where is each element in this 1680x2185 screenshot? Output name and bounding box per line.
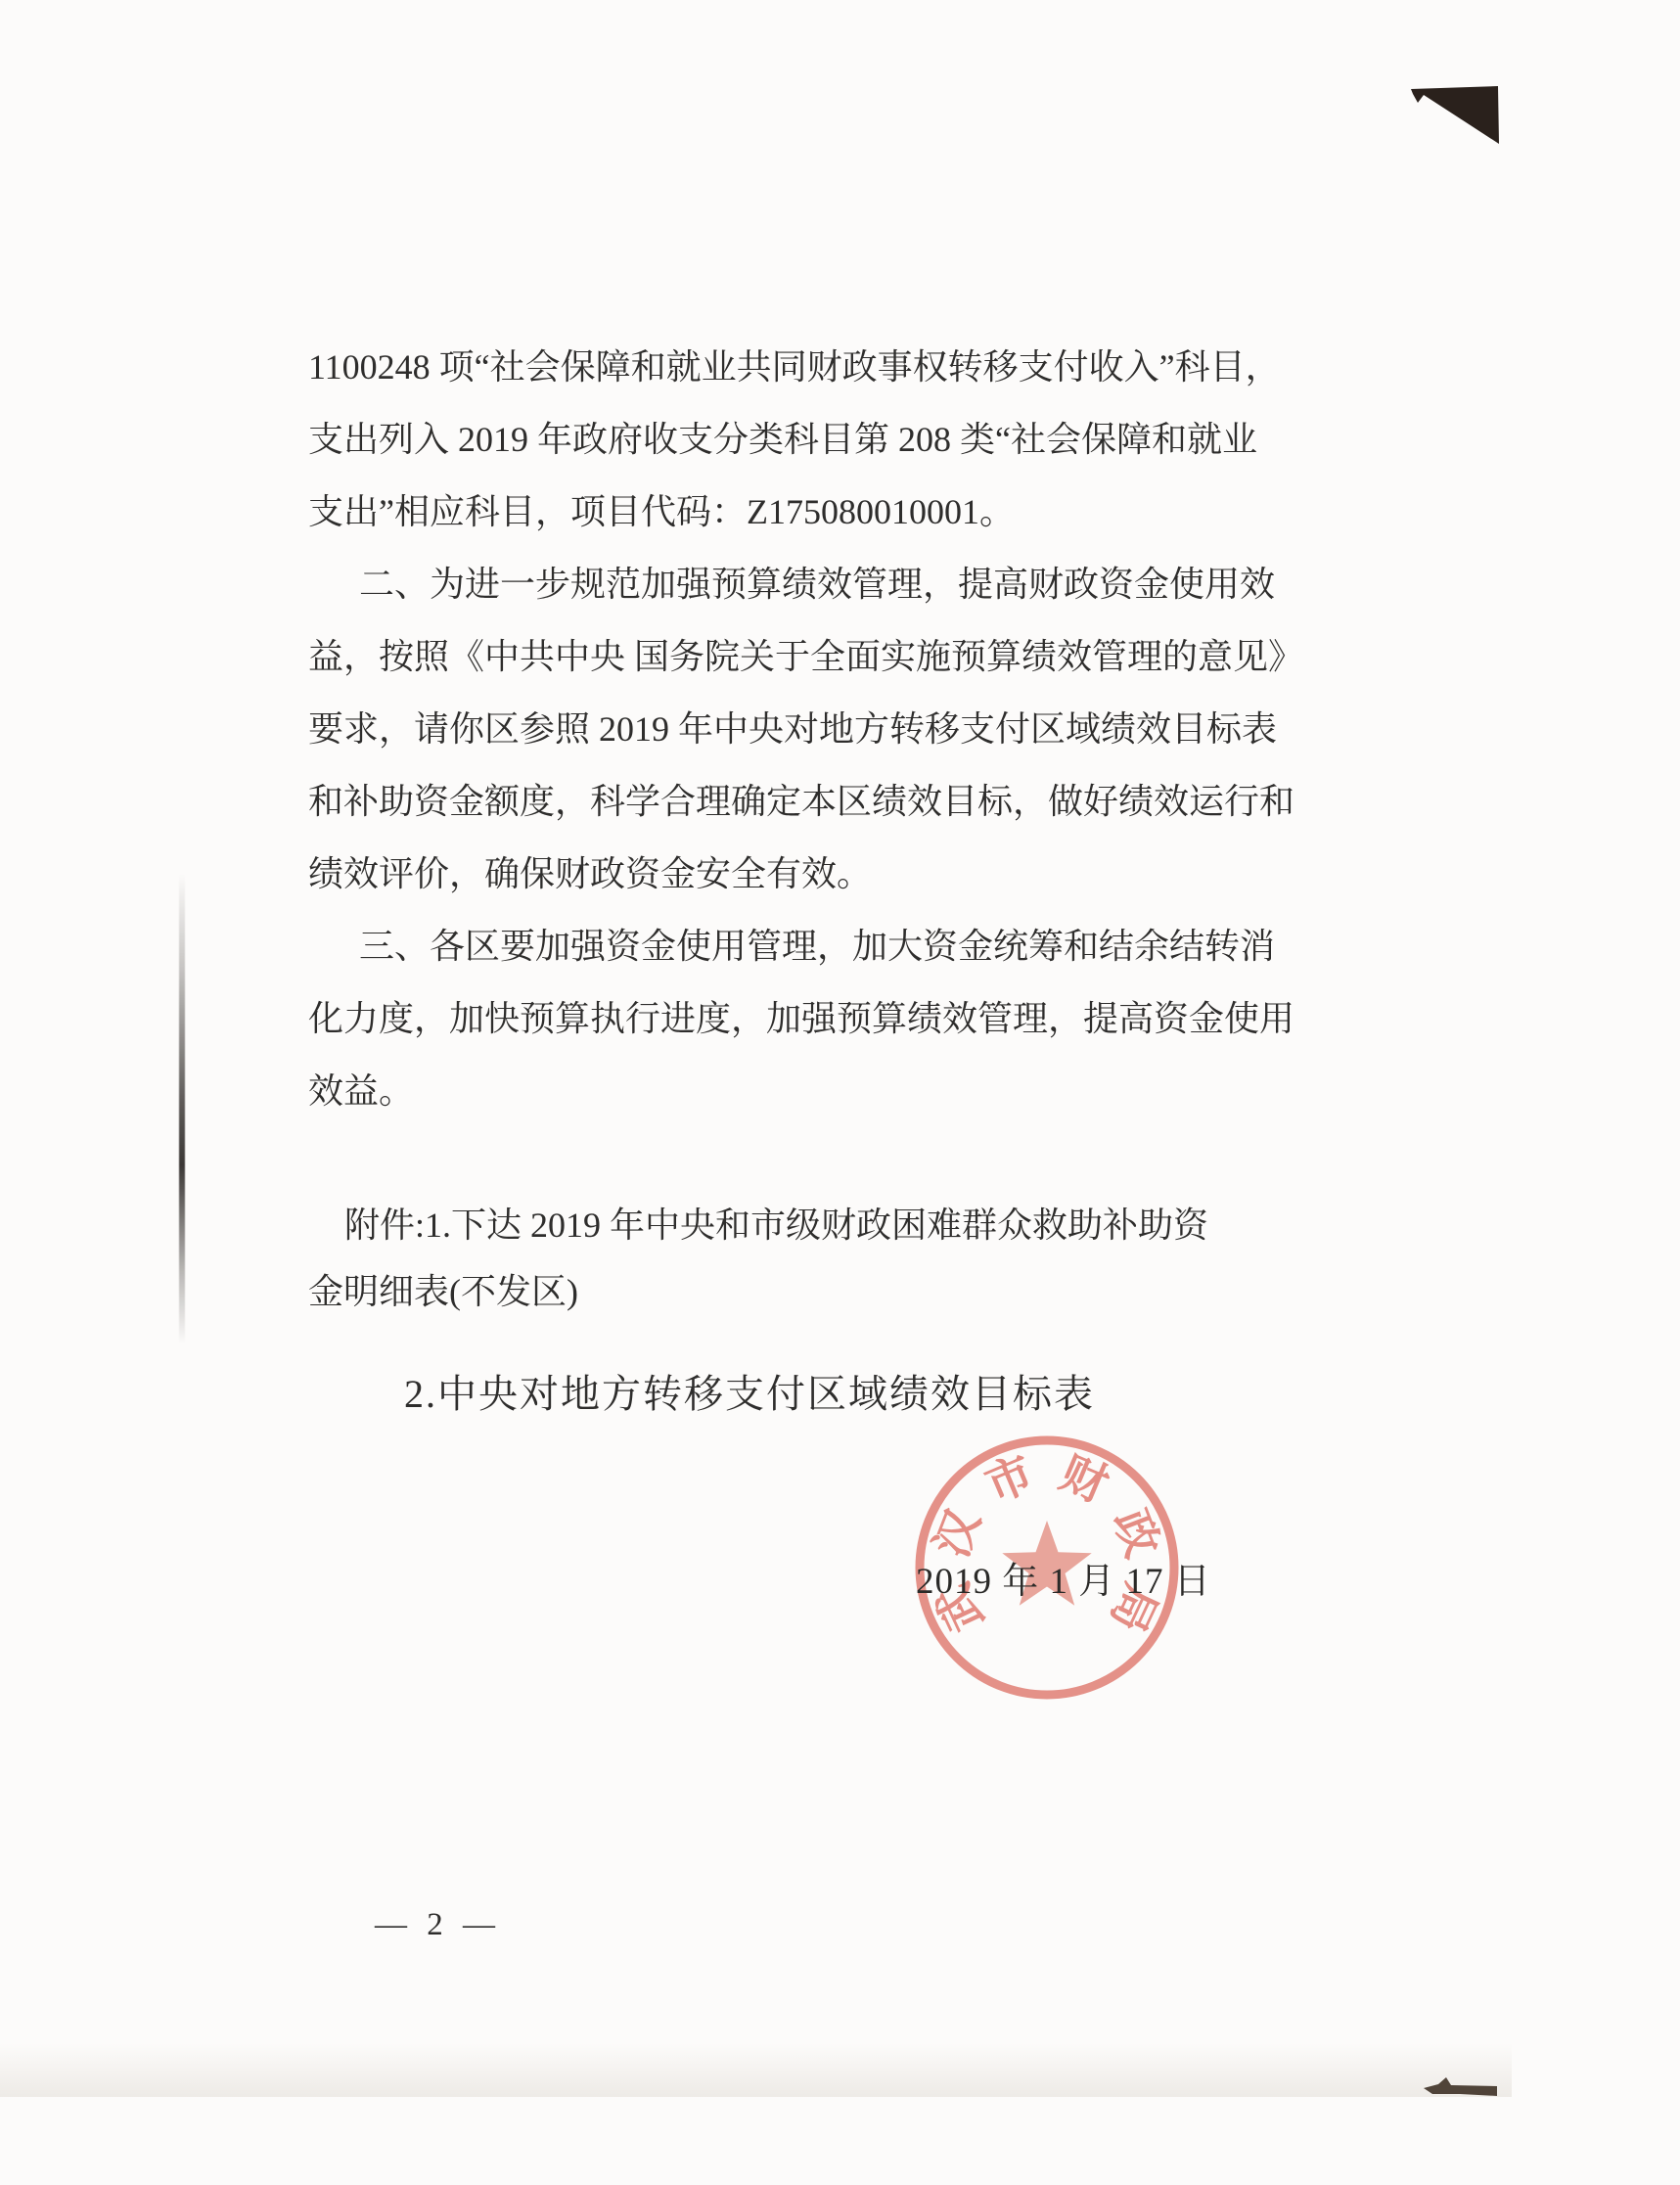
body-line: 三、各区要加强资金使用管理，加大资金统筹和结余结转消	[308, 910, 1303, 982]
attachment-line: 2.中央对地方转移支付区域绩效目标表	[404, 1358, 1095, 1431]
page-number: — 2 —	[375, 1889, 501, 1961]
attachment-line: 附件:1.下达 2019 年中央和市级财政困难群众救助补助资	[344, 1189, 1208, 1261]
body-line: 效益。	[308, 1055, 1303, 1127]
body-line: 化力度，加快预算执行进度，加强预算绩效管理，提高资金使用	[308, 982, 1303, 1055]
bottom-smudge-artifact	[1421, 2072, 1501, 2102]
body-line: 二、为进一步规范加强预算绩效管理，提高财政资金使用效	[308, 548, 1303, 620]
attachment-line: 金明细表(不发区)	[308, 1255, 578, 1328]
body-line: 绩效评价，确保财政资金安全有效。	[308, 838, 1303, 910]
body-line: 支出列入 2019 年政府收支分类科目第 208 类“社会保障和就业	[308, 403, 1303, 476]
bottom-edge-tone	[0, 2043, 1512, 2097]
body-line: 支出”相应科目，项目代码：Z175080010001。	[308, 476, 1303, 548]
body-line: 和补助资金额度，科学合理确定本区绩效目标，做好绩效运行和	[308, 765, 1303, 838]
corner-fold-artifact	[1404, 83, 1502, 148]
body-line: 1100248 项“社会保障和就业共同财政事权转移支付收入”科目，	[308, 331, 1303, 403]
edge-shadow-artifact	[179, 874, 185, 1343]
body-line: 益，按照《中共中央 国务院关于全面实施预算绩效管理的意见》	[308, 620, 1303, 693]
body-line: 要求，请你区参照 2019 年中央对地方转移支付区域绩效目标表	[308, 693, 1303, 765]
issue-date: 2019 年 1 月 17 日	[916, 1546, 1211, 1618]
scan-page: 1100248 项“社会保障和就业共同财政事权转移支付收入”科目， 支出列入 2…	[0, 0, 1680, 2185]
document-text: 1100248 项“社会保障和就业共同财政事权转移支付收入”科目， 支出列入 2…	[308, 331, 1303, 1127]
